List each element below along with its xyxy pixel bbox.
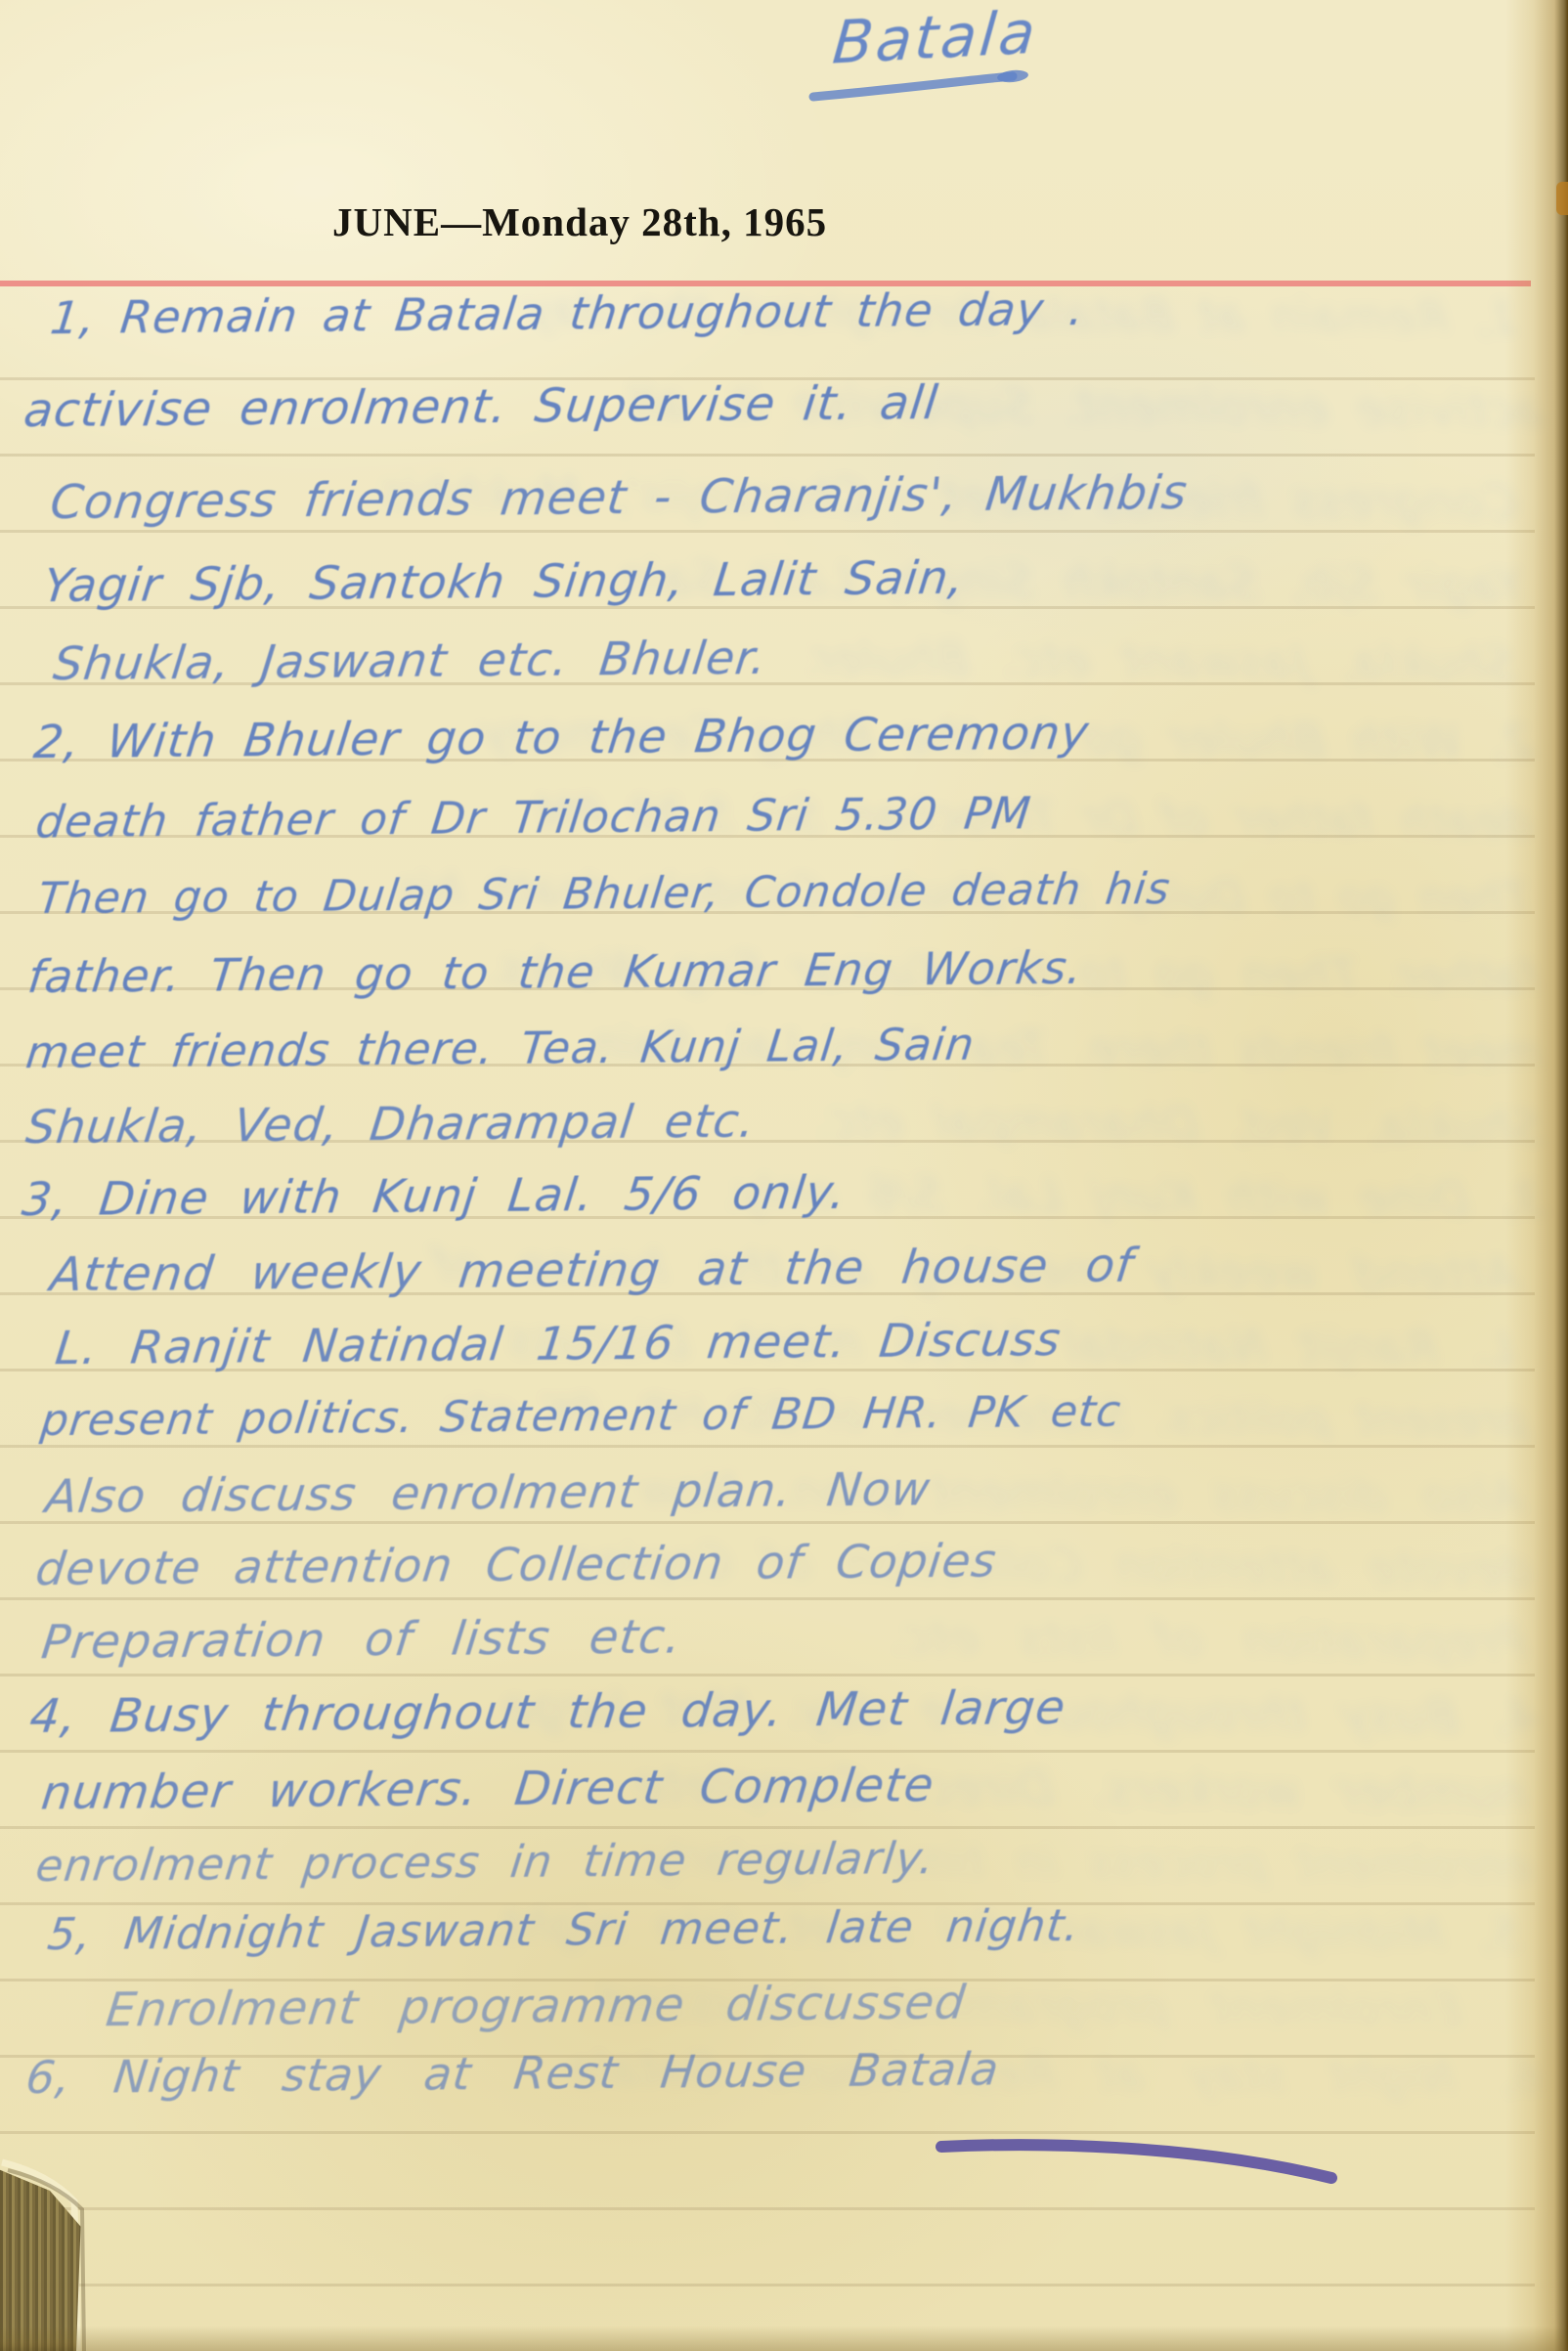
diary-line: Preparation of lists etc. — [39, 1609, 685, 1670]
handwriting-layer: 1, Remain at Batala throughout the day .… — [0, 0, 1568, 2351]
diary-line: Then go to Dulap Sri Bhuler, Condole dea… — [35, 864, 1173, 924]
diary-line: Also discuss enrolment plan. Now — [43, 1462, 934, 1524]
diary-line: meet friends there. Tea. Kunj Lal, Sain — [23, 1019, 978, 1078]
diary-line: 2, With Bhuler go to the Bhog Ceremony — [31, 707, 1092, 769]
binding-hinge-mark — [1556, 182, 1568, 215]
diary-line: Shukla, Ved, Dharampal etc. — [23, 1095, 759, 1154]
diary-line: 3, Dine with Kunj Lal. 5/6 only. — [20, 1166, 849, 1227]
diary-line: L. Ranjit Natindal 15/16 meet. Discuss — [53, 1313, 1065, 1375]
diary-line: father. Then go to the Kumar Eng Works. — [25, 941, 1086, 1003]
diary-line: 1, Remain at Batala throughout the day . — [48, 283, 1088, 344]
diary-line: 4, Busy throughout the day. Met large — [27, 1680, 1069, 1744]
diary-line: 6, Night stay at Rest House Batala — [23, 2042, 1002, 2104]
page-bottom-shading — [0, 2326, 1568, 2351]
diary-line: activise enrolment. Supervise it. all — [22, 375, 941, 438]
diary-line: devote attention Collection of Copies — [33, 1534, 1000, 1596]
diary-line: Shukla, Jaswant etc. Bhuler. — [51, 631, 770, 691]
diary-line: enrolment process in time regularly. — [33, 1832, 937, 1892]
diary-line: number workers. Direct Complete — [39, 1758, 937, 1820]
diary-line: Yagir Sjb, Santokh Singh, Lalit Sain, — [41, 551, 968, 613]
diary-line: Congress friends meet - Charanjis', Mukh… — [48, 465, 1191, 530]
page-edge-shading — [1505, 0, 1568, 2351]
diary-page: 1, Remain at Batala throughout the day .… — [0, 0, 1568, 2351]
diary-line: Attend weekly meeting at the house of — [48, 1238, 1137, 1302]
diary-line: 5, Midnight Jaswant Sri meet. late night… — [45, 1899, 1083, 1960]
diary-line: death father of Dr Trilochan Sri 5.30 PM — [33, 787, 1034, 848]
diary-line: Enrolment programme discussed — [104, 1975, 969, 2037]
diary-line: present politics. Statement of BD HR. PK… — [38, 1386, 1124, 1446]
